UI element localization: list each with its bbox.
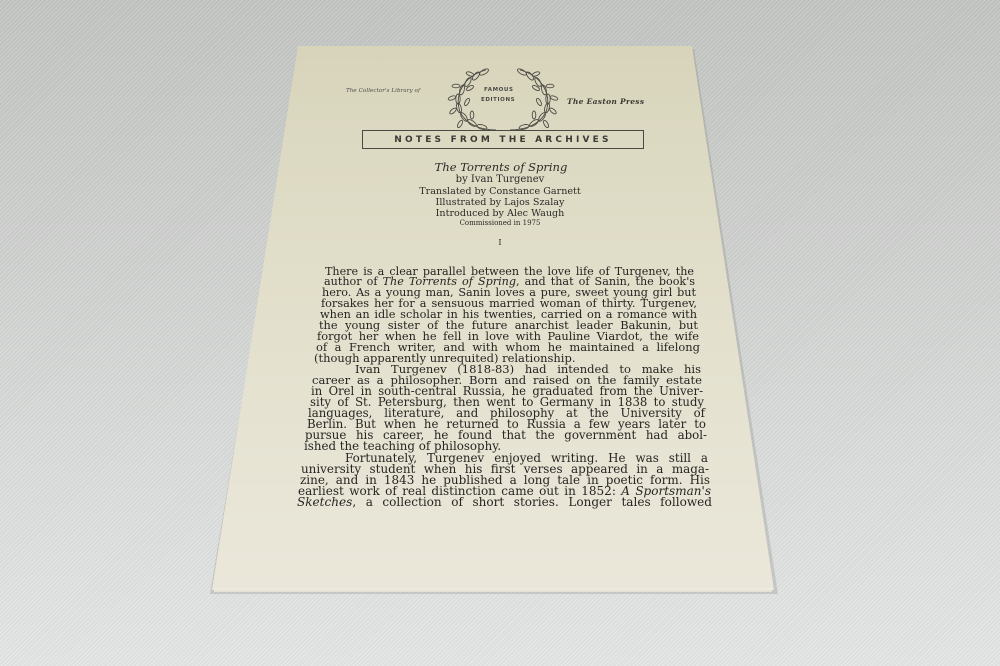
translator-credit: Translated by Constance Garnett <box>400 186 600 197</box>
commissioned-year: Commissioned in 1975 <box>400 219 600 227</box>
author-credit: by Ivan Turgenev <box>400 174 600 185</box>
book-title: The Torrents of Spring <box>400 160 602 174</box>
collectors-library-label: The Collector's Library of <box>346 88 420 94</box>
banner-title: NOTES FROM THE ARCHIVES <box>394 135 611 145</box>
publisher-signature: The Easton Press <box>567 97 644 106</box>
introduction-credit: Introduced by Alec Waugh <box>400 208 600 219</box>
emblem-famous: FAMOUS <box>484 87 514 93</box>
archives-banner: NOTES FROM THE ARCHIVES <box>362 130 644 149</box>
body-line: Sketches, a collection of short stories.… <box>297 496 712 509</box>
section-number: I <box>490 238 510 247</box>
emblem-editions: EDITIONS <box>481 97 515 103</box>
illustrator-credit: Illustrated by Lajos Szalay <box>400 197 600 208</box>
paper-bottom-edge <box>214 588 772 592</box>
